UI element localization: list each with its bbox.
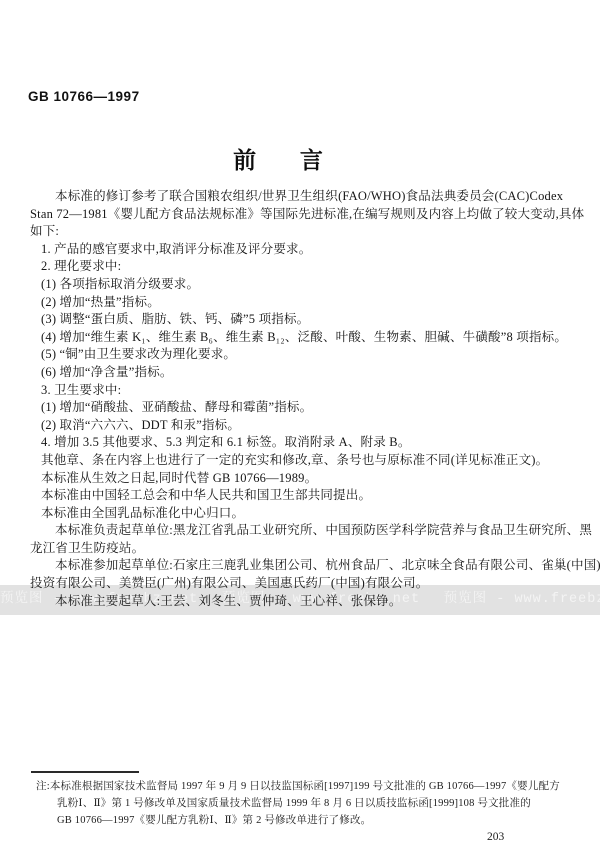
footnote-line: 注:本标准根据国家技术监督局 1997 年 9 月 9 日以技监国标函[1997… [36,778,572,795]
footnote-block: 注:本标准根据国家技术监督局 1997 年 9 月 9 日以技监国标函[1997… [36,778,572,829]
body-line: (6) 增加“净含量”指标。 [30,364,574,382]
page-title: 前 言 [0,142,556,175]
body-line: 4. 增加 3.5 其他要求、5.3 判定和 6.1 标签。取消附录 A、附录 … [30,434,574,452]
body-line: 投资有限公司、美赞臣(广州)有限公司、美国惠氏药厂(中国)有限公司。 [30,575,574,593]
body-line: 本标准由全国乳品标准化中心归口。 [30,505,574,523]
body-line: Stan 72—1981《婴儿配方食品法规标准》等国际先进标准,在编写规则及内容… [30,206,574,224]
body-line: 本标准由中国轻工总会和中华人民共和国卫生部共同提出。 [30,487,574,505]
body-line: 本标准主要起草人:王芸、刘冬生、贾仲琦、王心祥、张保铮。 [30,593,574,611]
body-line: 本标准从生效之日起,同时代替 GB 10766—1989。 [30,470,574,488]
body-line: 3. 卫生要求中: [30,382,574,400]
body-line: (1) 增加“硝酸盐、亚硝酸盐、酵母和霉菌”指标。 [30,399,574,417]
body-line: 如下: [30,223,574,241]
body-line: (1) 各项指标取消分级要求。 [30,276,574,294]
body-line: (3) 调整“蛋白质、脂肪、铁、钙、磷”5 项指标。 [30,311,574,329]
foreword-body: 本标准的修订参考了联合国粮农组织/世界卫生组织(FAO/WHO)食品法典委员会(… [30,188,574,610]
body-line: 1. 产品的感官要求中,取消评分标准及评分要求。 [30,241,574,259]
page-number: 203 [487,831,504,843]
document-page: GB 10766—1997 前 言 预览图 - www.freebz.net 预… [0,0,600,864]
body-line: 本标准的修订参考了联合国粮农组织/世界卫生组织(FAO/WHO)食品法典委员会(… [30,188,574,206]
body-line: 本标准参加起草单位:石家庄三鹿乳业集团公司、杭州食品厂、北京味全食品有限公司、雀… [30,557,574,575]
footnote-line: 乳粉Ⅰ、Ⅱ》第 1 号修改单及国家质量技术监督局 1999 年 8 月 6 日以… [36,795,572,812]
body-line: (5) “铜”由卫生要求改为理化要求。 [30,346,574,364]
footnote-line: GB 10766—1997《婴儿配方乳粉Ⅰ、Ⅱ》第 2 号修改单进行了修改。 [36,812,572,829]
body-line: 2. 理化要求中: [30,258,574,276]
note-separator [31,771,139,773]
body-line: (2) 增加“热量”指标。 [30,294,574,312]
body-line: 本标准负责起草单位:黑龙江省乳品工业研究所、中国预防医学科学院营养与食品卫生研究… [30,522,574,540]
body-line: 其他章、条在内容上也进行了一定的充实和修改,章、条号也与原标准不同(详见标准正文… [30,452,574,470]
standard-code: GB 10766—1997 [28,89,140,104]
body-line: 龙江省卫生防疫站。 [30,540,574,558]
body-line: (2) 取消“六六六、DDT 和汞”指标。 [30,417,574,435]
body-line: (4) 增加“维生素 K₁、维生素 B₆、维生素 B₁₂、泛酸、叶酸、生物素、胆… [30,329,574,347]
